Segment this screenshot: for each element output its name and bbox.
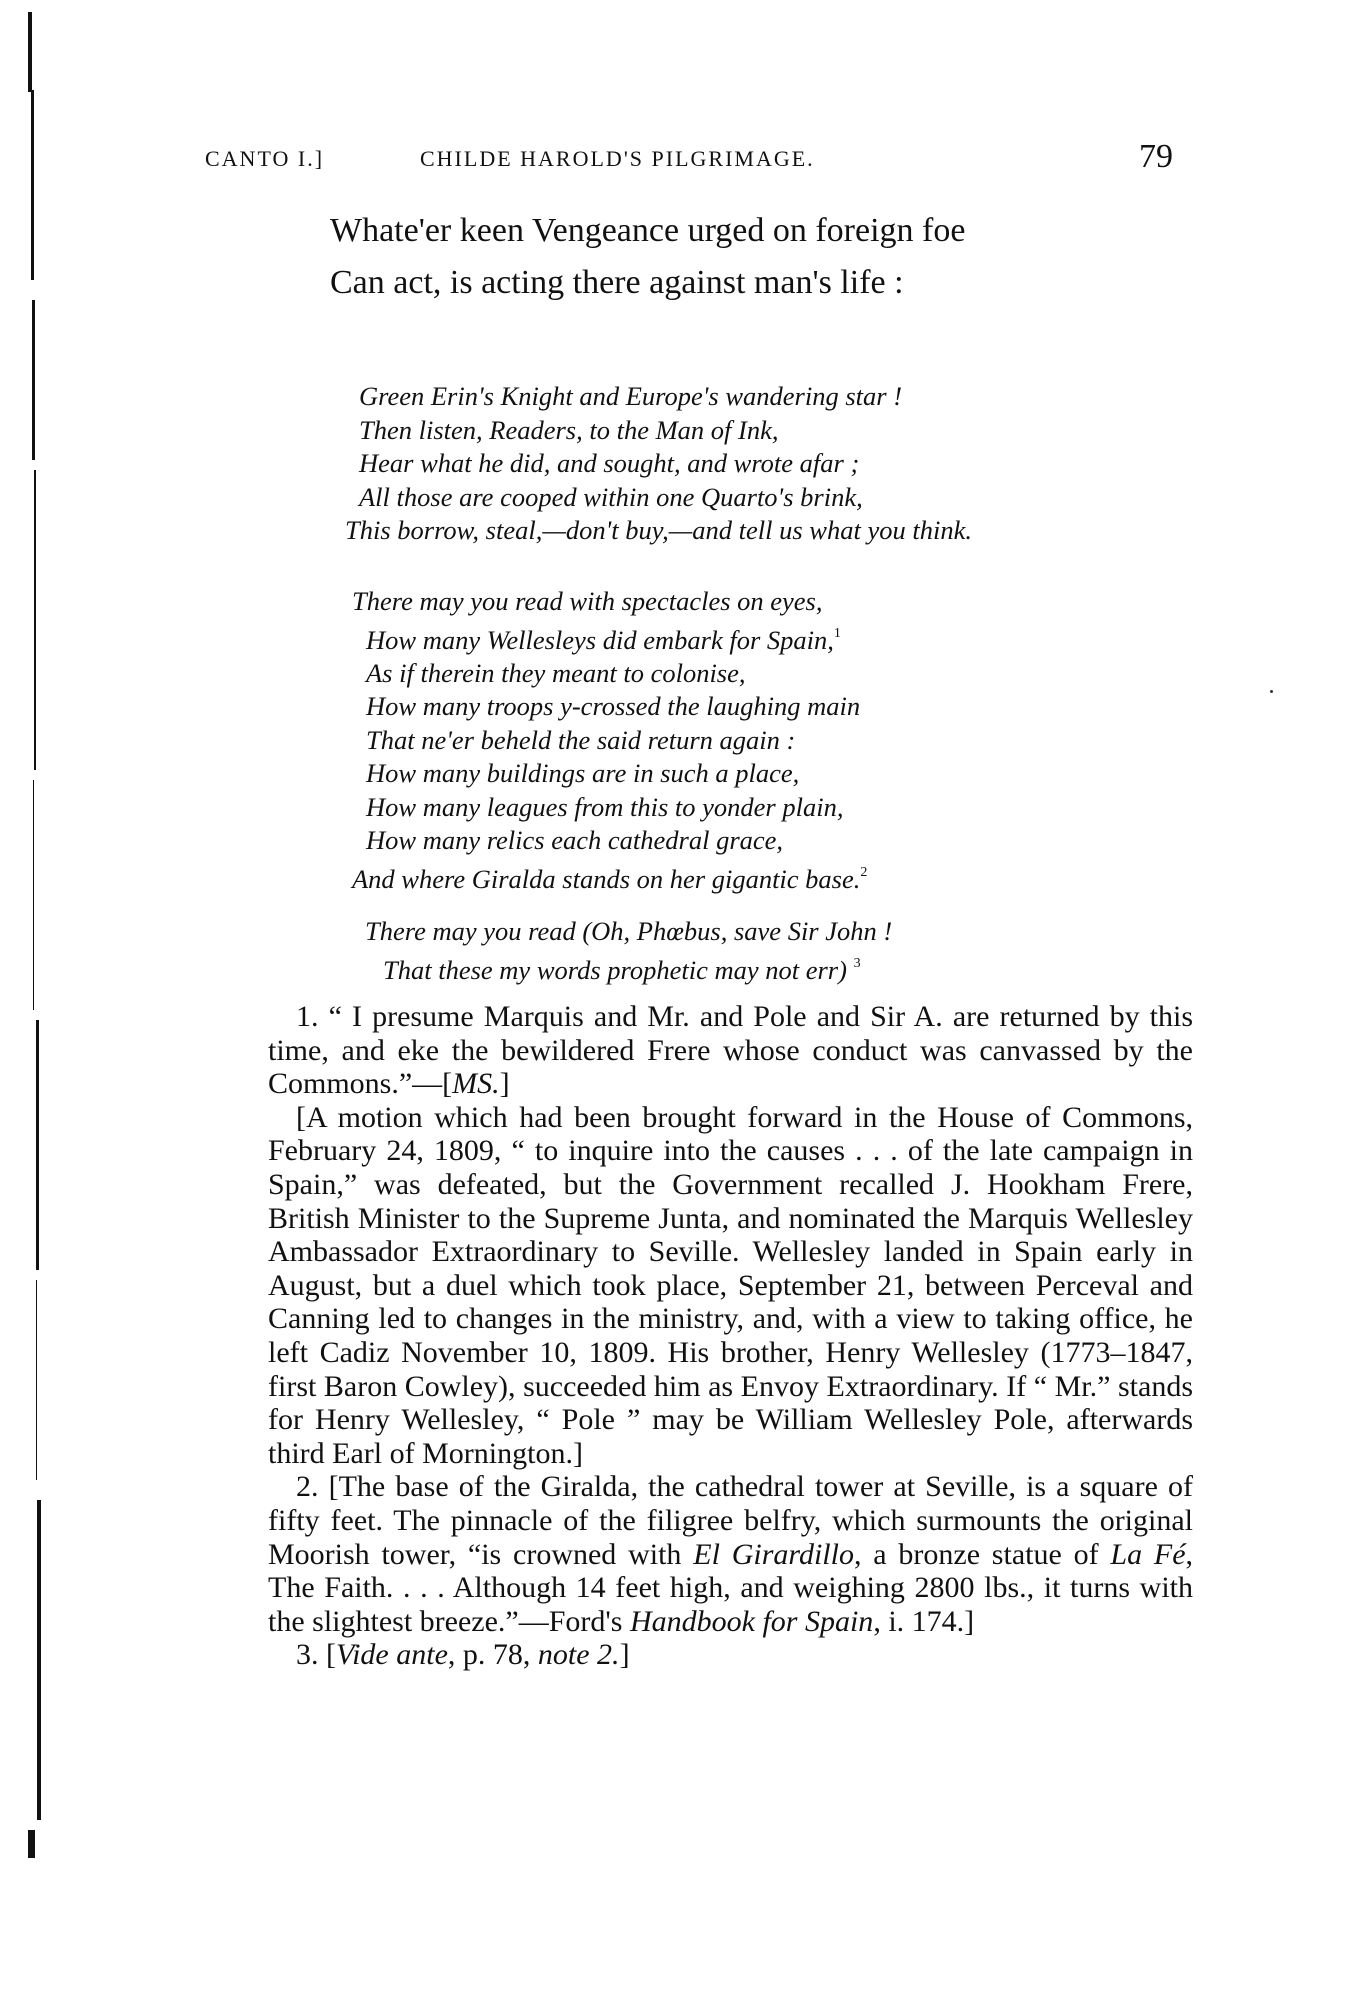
footnote-italic: El Girardillo — [693, 1538, 854, 1571]
quoted-line: How many buildings are in such a place, — [352, 757, 867, 791]
scan-binding-edge — [32, 300, 35, 460]
quoted-line: That these my words prophetic may not er… — [365, 949, 892, 987]
main-verse: Whate'er keen Vengeance urged on foreign… — [330, 205, 965, 309]
bracket-open: [ — [326, 1638, 336, 1671]
quoted-stanza-2: There may you read with spectacles on ey… — [352, 585, 867, 896]
quoted-line: That ne'er beheld the said return again … — [352, 724, 867, 758]
quoted-line: And where Giralda stands on her gigantic… — [352, 858, 867, 896]
scan-binding-edge — [28, 1830, 35, 1858]
scan-binding-edge — [28, 12, 32, 92]
quoted-line-text: How many Wellesleys did embark for Spain… — [366, 624, 834, 654]
footnote-italic: Vide ante — [336, 1638, 448, 1671]
scan-binding-edge — [37, 1500, 41, 1820]
footnote-number: 1. — [296, 1000, 319, 1033]
quoted-line: All those are cooped within one Quarto's… — [345, 481, 972, 515]
quoted-line: How many relics each cathedral grace, — [352, 824, 867, 858]
footnote-italic: note 2. — [538, 1638, 620, 1671]
footnote-italic: La Fé — [1110, 1538, 1185, 1571]
quoted-line: Hear what he did, and sought, and wrote … — [345, 447, 972, 481]
footnote-source: MS. — [452, 1067, 500, 1100]
footnote-3: 3. [Vide ante, p. 78, note 2.] — [268, 1638, 1193, 1672]
footnote-number: 3. — [296, 1638, 319, 1671]
scan-binding-edge — [36, 1280, 37, 1480]
running-head-title: CHILDE HAROLD'S PILGRIMAGE. — [420, 146, 815, 172]
scan-binding-edge — [31, 90, 34, 280]
quoted-line: There may you read with spectacles on ey… — [352, 585, 867, 619]
footnote-1: 1. “ I presume Marquis and Mr. and Pole … — [268, 1000, 1193, 1101]
quoted-line: How many leagues from this to yonder pla… — [352, 791, 867, 825]
running-head: CANTO I.] CHILDE HAROLD'S PILGRIMAGE. 79 — [205, 138, 1185, 178]
verse-line: Can act, is acting there against man's l… — [330, 257, 965, 309]
footnote-text: , a bronze statue of — [854, 1538, 1110, 1571]
quoted-line: Green Erin's Knight and Europe's wanderi… — [345, 380, 972, 414]
scan-binding-edge — [33, 780, 34, 1010]
page-number: 79 — [1139, 138, 1173, 176]
bracket-close: ] — [500, 1067, 510, 1100]
running-head-canto: CANTO I.] — [205, 146, 324, 172]
quoted-line: Then listen, Readers, to the Man of Ink, — [345, 414, 972, 448]
quoted-stanza-3: There may you read (Oh, Phœbus, save Sir… — [365, 915, 892, 987]
scan-binding-edge — [34, 470, 36, 770]
footnote-2: 2. [The base of the Giralda, the cathedr… — [268, 1470, 1193, 1638]
quoted-line: As if therein they meant to colonise, — [352, 657, 867, 691]
footnotes: 1. “ I presume Marquis and Mr. and Pole … — [268, 1000, 1193, 1672]
footnote-ref-1[interactable]: 1 — [834, 626, 841, 641]
bracket-close: ] — [620, 1638, 630, 1671]
verse-line: Whate'er keen Vengeance urged on foreign… — [330, 205, 965, 257]
footnote-number: 2. — [296, 1470, 319, 1503]
quoted-line: This borrow, steal,—don't buy,—and tell … — [345, 514, 972, 548]
footnote-text: “ I presume Marquis and Mr. and Pole and… — [268, 1000, 1193, 1100]
quoted-stanza-1: Green Erin's Knight and Europe's wanderi… — [345, 380, 972, 548]
quoted-line: How many Wellesleys did embark for Spain… — [352, 619, 867, 657]
quoted-line-text: That these my words prophetic may not er… — [383, 954, 847, 984]
footnote-text: , i. 174.] — [873, 1605, 974, 1638]
footnote-book-title: Handbook for Spain — [630, 1605, 873, 1638]
scan-binding-edge — [36, 1020, 39, 1270]
footnote-1-editorial: [A motion which had been brought forward… — [268, 1101, 1193, 1471]
quoted-line: There may you read (Oh, Phœbus, save Sir… — [365, 915, 892, 949]
quoted-line-text: And where Giralda stands on her gigantic… — [352, 864, 860, 894]
quoted-line: How many troops y-crossed the laughing m… — [352, 690, 867, 724]
footnote-text: , p. 78, — [448, 1638, 538, 1671]
footnote-ref-2[interactable]: 2 — [860, 865, 867, 880]
footnote-ref-3[interactable]: 3 — [854, 956, 861, 971]
scan-speck — [1270, 690, 1273, 693]
